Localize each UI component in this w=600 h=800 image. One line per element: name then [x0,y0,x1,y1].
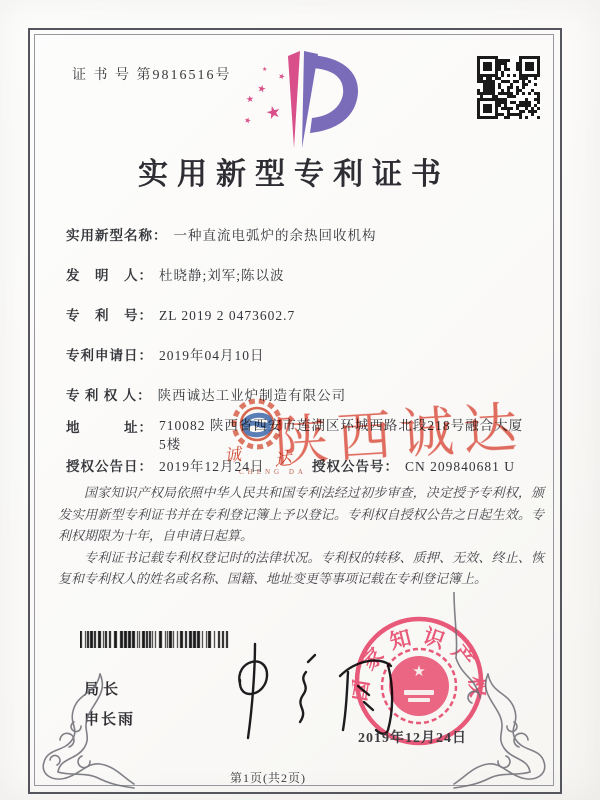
certificate-page: 证 书 号 第9816516号 ★ ★ ★ ★ ★ ★ 实用新型专利证书 实用新… [0,0,600,800]
corner-flourish-right-icon [448,592,558,792]
certificate-title: 实用新型专利证书 [28,149,560,193]
certificate-number: 证 书 号 第9816516号 [72,64,232,84]
field-patent-number: 专 利 号：ZL 2019 2 0473602.7 [66,304,295,324]
field-label: 专 利 权 人： [66,388,152,403]
field-utility-model-name: 实用新型名称：一种直流电弧炉的余热回收机构 [66,224,377,244]
field-label: 实用新型名称： [66,228,168,243]
barcode [80,631,230,648]
field-label: 专利申请日： [66,348,153,363]
legal-paragraphs: 国家知识产权局依照中华人民共和国专利法经过初步审查，决定授予专利权，颁发实用新型… [58,482,544,590]
field-value: 2019年04月10日 [159,348,265,363]
legal-paragraph-1: 国家知识产权局依照中华人民共和国专利法经过初步审查，决定授予专利权，颁发实用新型… [58,482,544,547]
field-label: 发 明 人： [66,268,153,283]
cnipa-logo-icon [250,36,390,154]
seal-date: 2019年12月24日 [358,727,518,747]
qr-code [477,56,540,119]
legal-paragraph-2: 专利证书记载专利权登记时的法律状况。专利权的转移、质押、无效、终止、恢复和专利权… [58,547,544,590]
field-value: 一种直流电弧炉的余热回收机构 [174,228,377,243]
gear-logo-char-left: 诚 [223,444,245,466]
field-inventors: 发 明 人：杜晓静;刘军;陈以波 [66,264,285,284]
corner-flourish-left-icon [30,672,140,792]
field-value: ZL 2019 2 0473602.7 [159,308,295,323]
seal-star-icon: ★ [412,664,425,680]
address-line2: 5楼 [159,437,181,452]
field-label: 授权公告日： [66,459,153,474]
logo-star-icon: ★ [245,93,255,105]
field-filing-date: 专利申请日：2019年04月10日 [66,344,265,364]
logo-star-icon: ★ [262,66,267,73]
company-watermark-text: 陕西诚达 [272,384,528,476]
field-label: 地 址： [66,420,153,435]
field-value: 杜晓静;刘军;陈以波 [159,268,285,283]
field-label: 专 利 号： [66,308,153,323]
